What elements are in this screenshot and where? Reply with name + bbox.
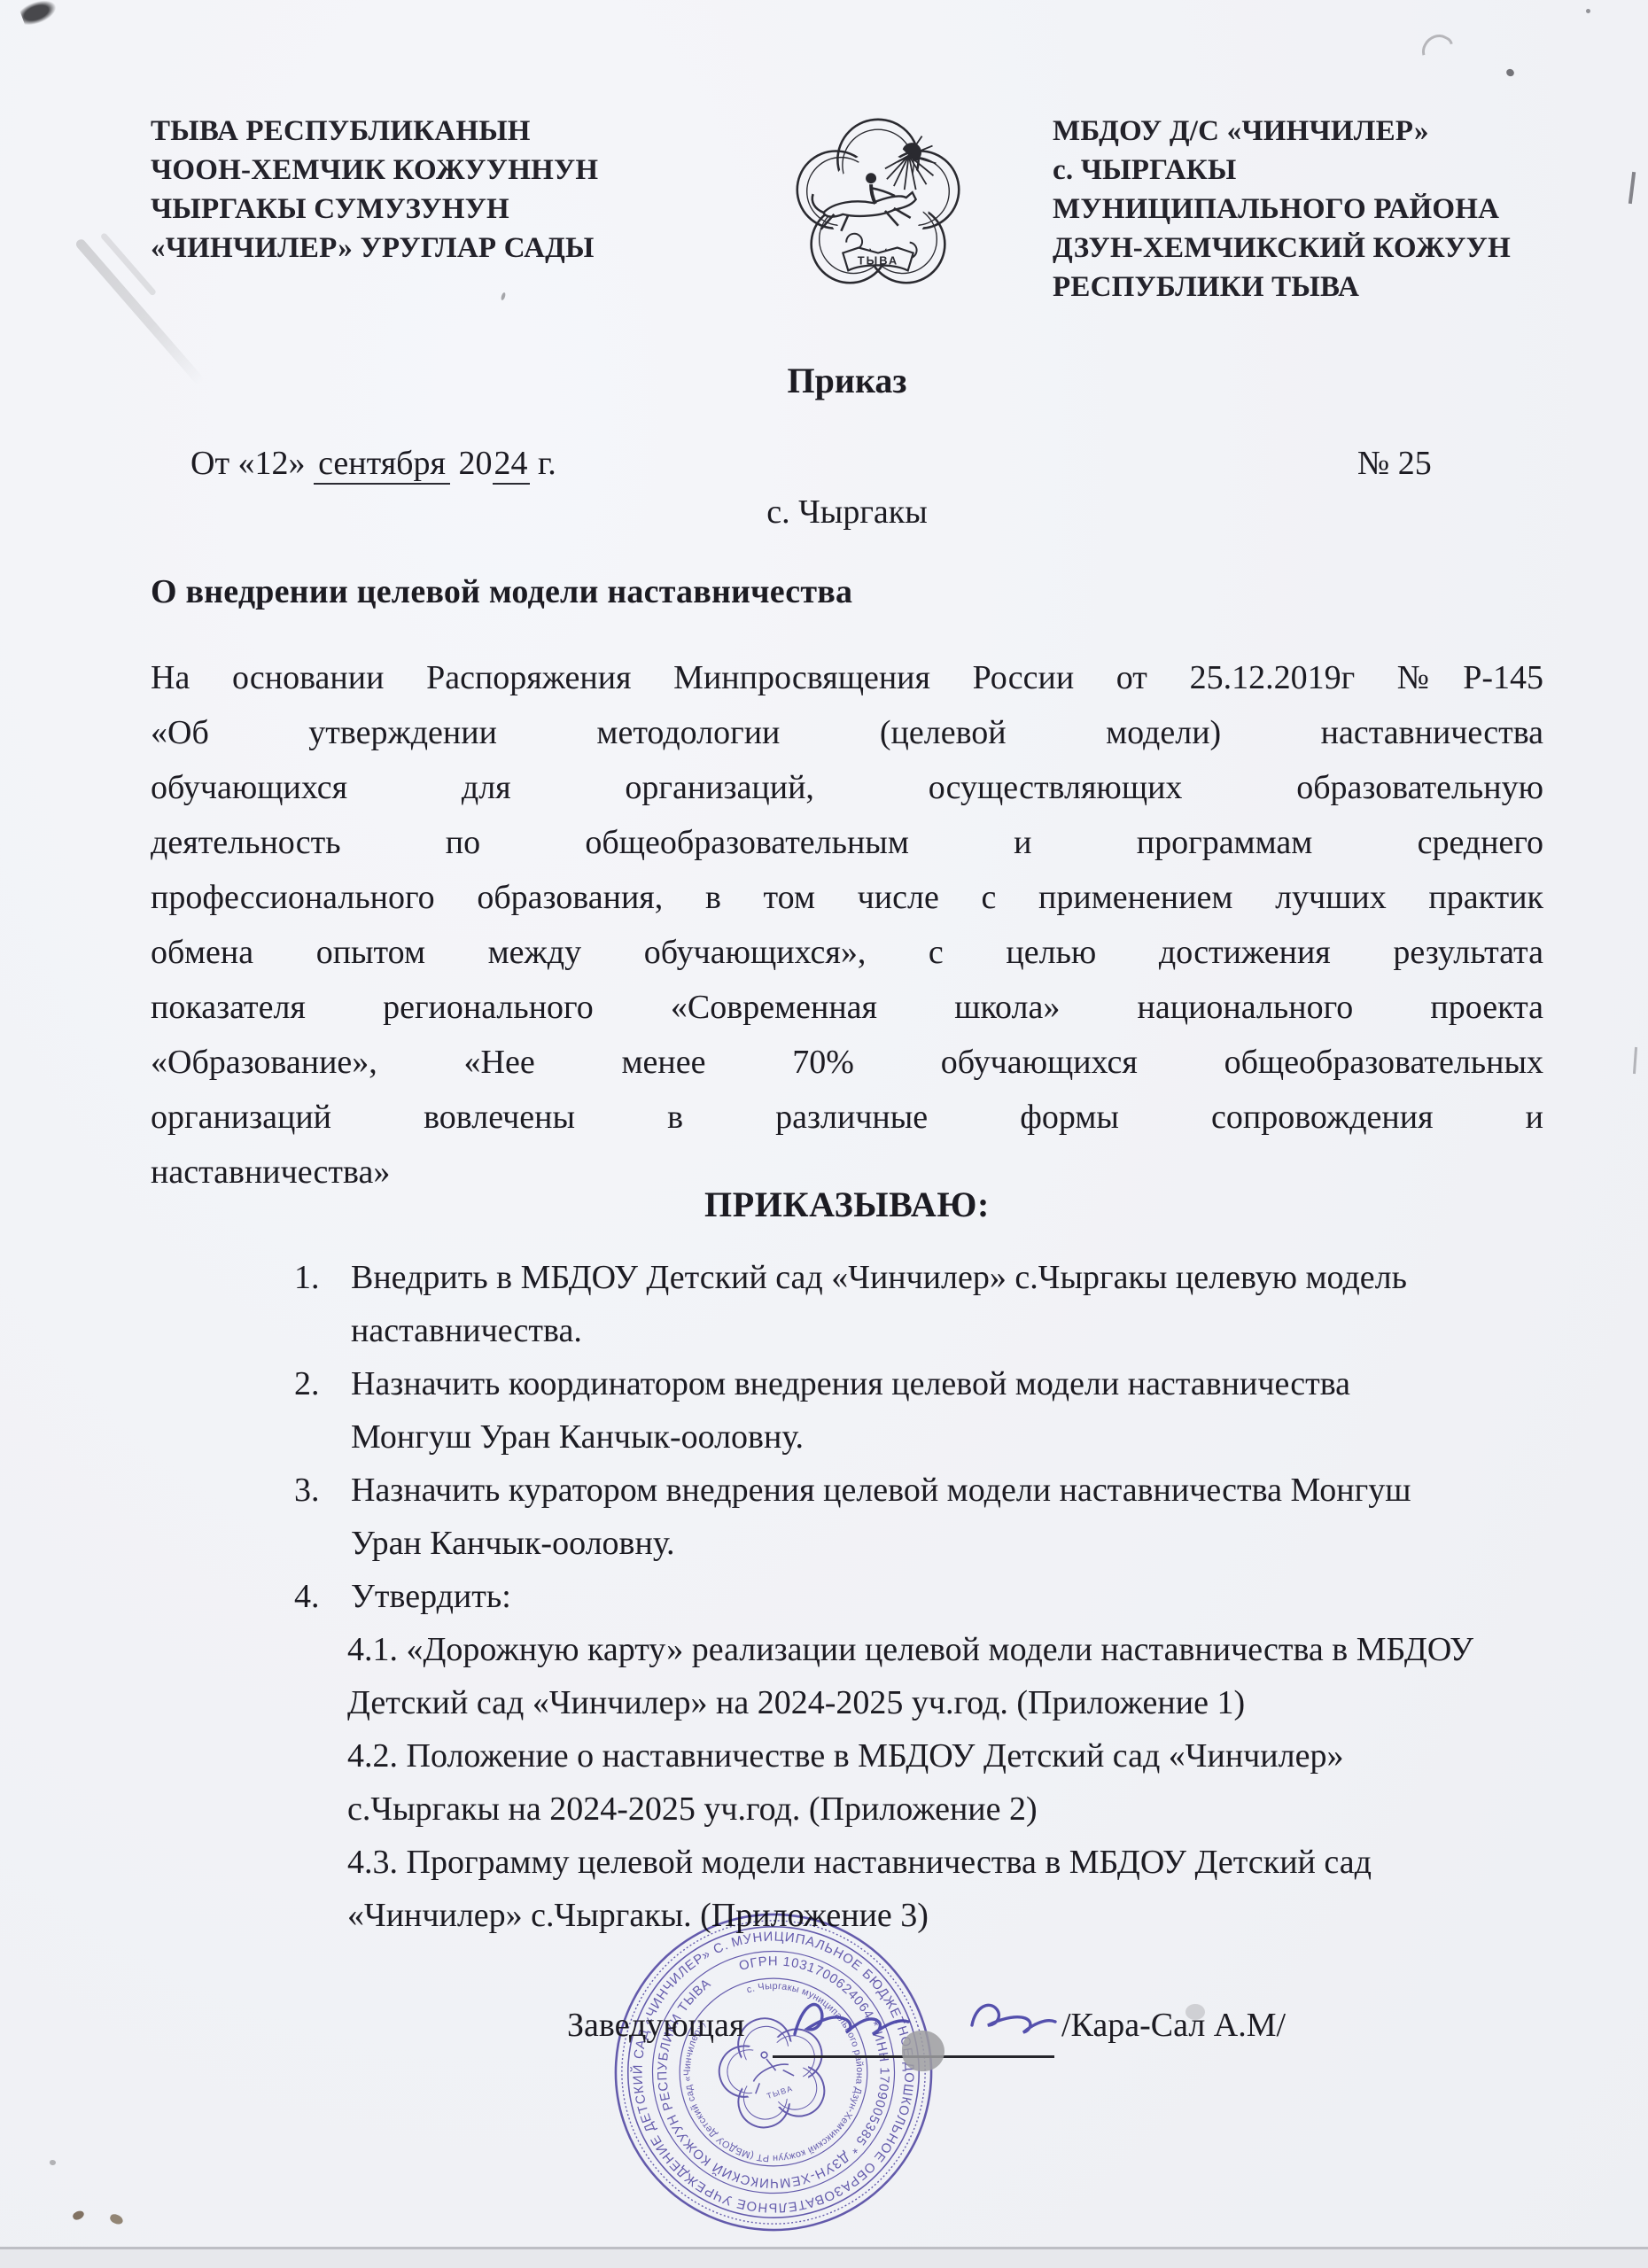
date-month: сентября xyxy=(314,444,450,485)
list-item: 1. Внедрить в МБДОУ Детский сад «Чинчиле… xyxy=(294,1251,1464,1357)
preamble-line: На основании Распоряжения Минпросвящения… xyxy=(151,650,1543,705)
order-subject: О внедрении целевой модели наставничеств… xyxy=(151,572,852,611)
list-item: 2. Назначить координатором внедрения цел… xyxy=(294,1357,1464,1464)
date-year: 24 xyxy=(493,444,530,485)
tuva-emblem-icon: ТЫВА xyxy=(773,113,983,291)
preamble-line: обмена опытом между обучающихся», с цель… xyxy=(151,925,1543,980)
item-text: Назначить координатором внедрения целево… xyxy=(351,1357,1427,1464)
order-preamble: На основании Распоряжения Минпросвящения… xyxy=(151,650,1543,1200)
scan-artifact xyxy=(501,292,507,301)
handwritten-signature xyxy=(784,1969,1077,2066)
scan-artifact xyxy=(50,2160,56,2165)
org-right-line: с. ЧЫРГАКЫ xyxy=(1053,151,1511,190)
order-place: с. Чыргакы xyxy=(151,493,1543,532)
item-number: 1. xyxy=(294,1251,351,1304)
org-right-line: МБДОУ Д/С «ЧИНЧИЛЕР» xyxy=(1053,112,1511,151)
scan-artifact xyxy=(1505,67,1516,77)
page-edge xyxy=(0,2247,1648,2249)
scanned-order-document: ТЫВА РЕСПУБЛИКАНЫН ЧООН-ХЕМЧИК КОЖУУННУН… xyxy=(0,0,1648,2268)
scan-artifact xyxy=(109,2213,125,2226)
item-number: 3. xyxy=(294,1464,351,1517)
scan-artifact xyxy=(1629,172,1636,204)
emblem-banner-label: ТЫВА xyxy=(858,253,898,267)
preamble-line: деятельность по общеобразовательным и пр… xyxy=(151,815,1543,870)
order-items: 1. Внедрить в МБДОУ Детский сад «Чинчиле… xyxy=(294,1251,1464,1942)
date-century: 20 xyxy=(459,445,493,482)
org-right-line: МУНИЦИПАЛЬНОГО РАЙОНА xyxy=(1053,190,1511,229)
item-text: Утвердить: xyxy=(351,1570,1427,1623)
round-stamp: МУНИЦИПАЛЬНОЕ БЮДЖЕТНОЕ ДОШКОЛЬНОЕ ОБРАЗ… xyxy=(611,1910,936,2234)
preamble-line: обучающихся для организаций, осуществляю… xyxy=(151,760,1543,815)
order-subitems: 4.1. «Дорожную карту» реализации целевой… xyxy=(347,1623,1490,1942)
date-suffix: г. xyxy=(538,445,556,482)
org-name-tuvan: ТЫВА РЕСПУБЛИКАНЫН ЧООН-ХЕМЧИК КОЖУУННУН… xyxy=(151,112,598,268)
date-prefix: От «12» xyxy=(190,445,306,482)
list-item: 4. Утвердить: xyxy=(294,1570,1464,1623)
order-date: От «12» сентября 2024 г. xyxy=(190,444,556,485)
signatory-name: /Кара-Сал А.М/ xyxy=(1061,2006,1286,2045)
scan-artifact xyxy=(72,2209,86,2221)
org-right-line: РЕСПУБЛИКИ ТЫВА xyxy=(1053,268,1511,307)
scan-artifact xyxy=(100,232,157,297)
org-left-line: «ЧИНЧИЛЕР» УРУГЛАР САДЫ xyxy=(151,229,598,268)
doc-type-title: Приказ xyxy=(151,360,1543,401)
org-name-russian: МБДОУ Д/С «ЧИНЧИЛЕР» с. ЧЫРГАКЫ МУНИЦИПА… xyxy=(1053,112,1511,307)
item-number: 2. xyxy=(294,1357,351,1410)
subitem-text: 4.2. Положение о наставничестве в МБДОУ … xyxy=(347,1729,1490,1836)
item-text: Внедрить в МБДОУ Детский сад «Чинчилер» … xyxy=(351,1251,1427,1357)
preamble-line: «Об утверждении методологии (целевой мод… xyxy=(151,705,1543,760)
preamble-line: показателя регионального «Современная шк… xyxy=(151,980,1543,1035)
org-right-line: ДЗУН-ХЕМЧИКСКИЙ КОЖУУН xyxy=(1053,229,1511,268)
scan-artifact xyxy=(19,0,61,28)
scan-artifact xyxy=(1633,1047,1637,1074)
scan-artifact xyxy=(1586,9,1590,13)
scanner-background xyxy=(0,2249,1648,2268)
org-left-line: ЧООН-ХЕМЧИК КОЖУУННУН xyxy=(151,151,598,190)
resolution-word: ПРИКАЗЫВАЮ: xyxy=(151,1184,1543,1225)
org-left-line: ТЫВА РЕСПУБЛИКАНЫН xyxy=(151,112,598,151)
signatory-role: Заведующая xyxy=(567,2006,744,2045)
order-number: № 25 xyxy=(1357,444,1432,483)
item-number: 4. xyxy=(294,1570,351,1623)
item-text: Назначить куратором внедрения целевой мо… xyxy=(351,1464,1427,1570)
list-item: 3. Назначить куратором внедрения целевой… xyxy=(294,1464,1464,1570)
org-left-line: ЧЫРГАКЫ СУМУЗУНУН xyxy=(151,190,598,229)
preamble-line: профессионального образования, в том чис… xyxy=(151,870,1543,925)
subitem-text: 4.1. «Дорожную карту» реализации целевой… xyxy=(347,1623,1490,1729)
scan-artifact xyxy=(1417,29,1457,71)
preamble-line: организаций вовлечены в различные формы … xyxy=(151,1090,1543,1145)
preamble-line: «Образование», «Нее менее 70% обучающихс… xyxy=(151,1035,1543,1090)
